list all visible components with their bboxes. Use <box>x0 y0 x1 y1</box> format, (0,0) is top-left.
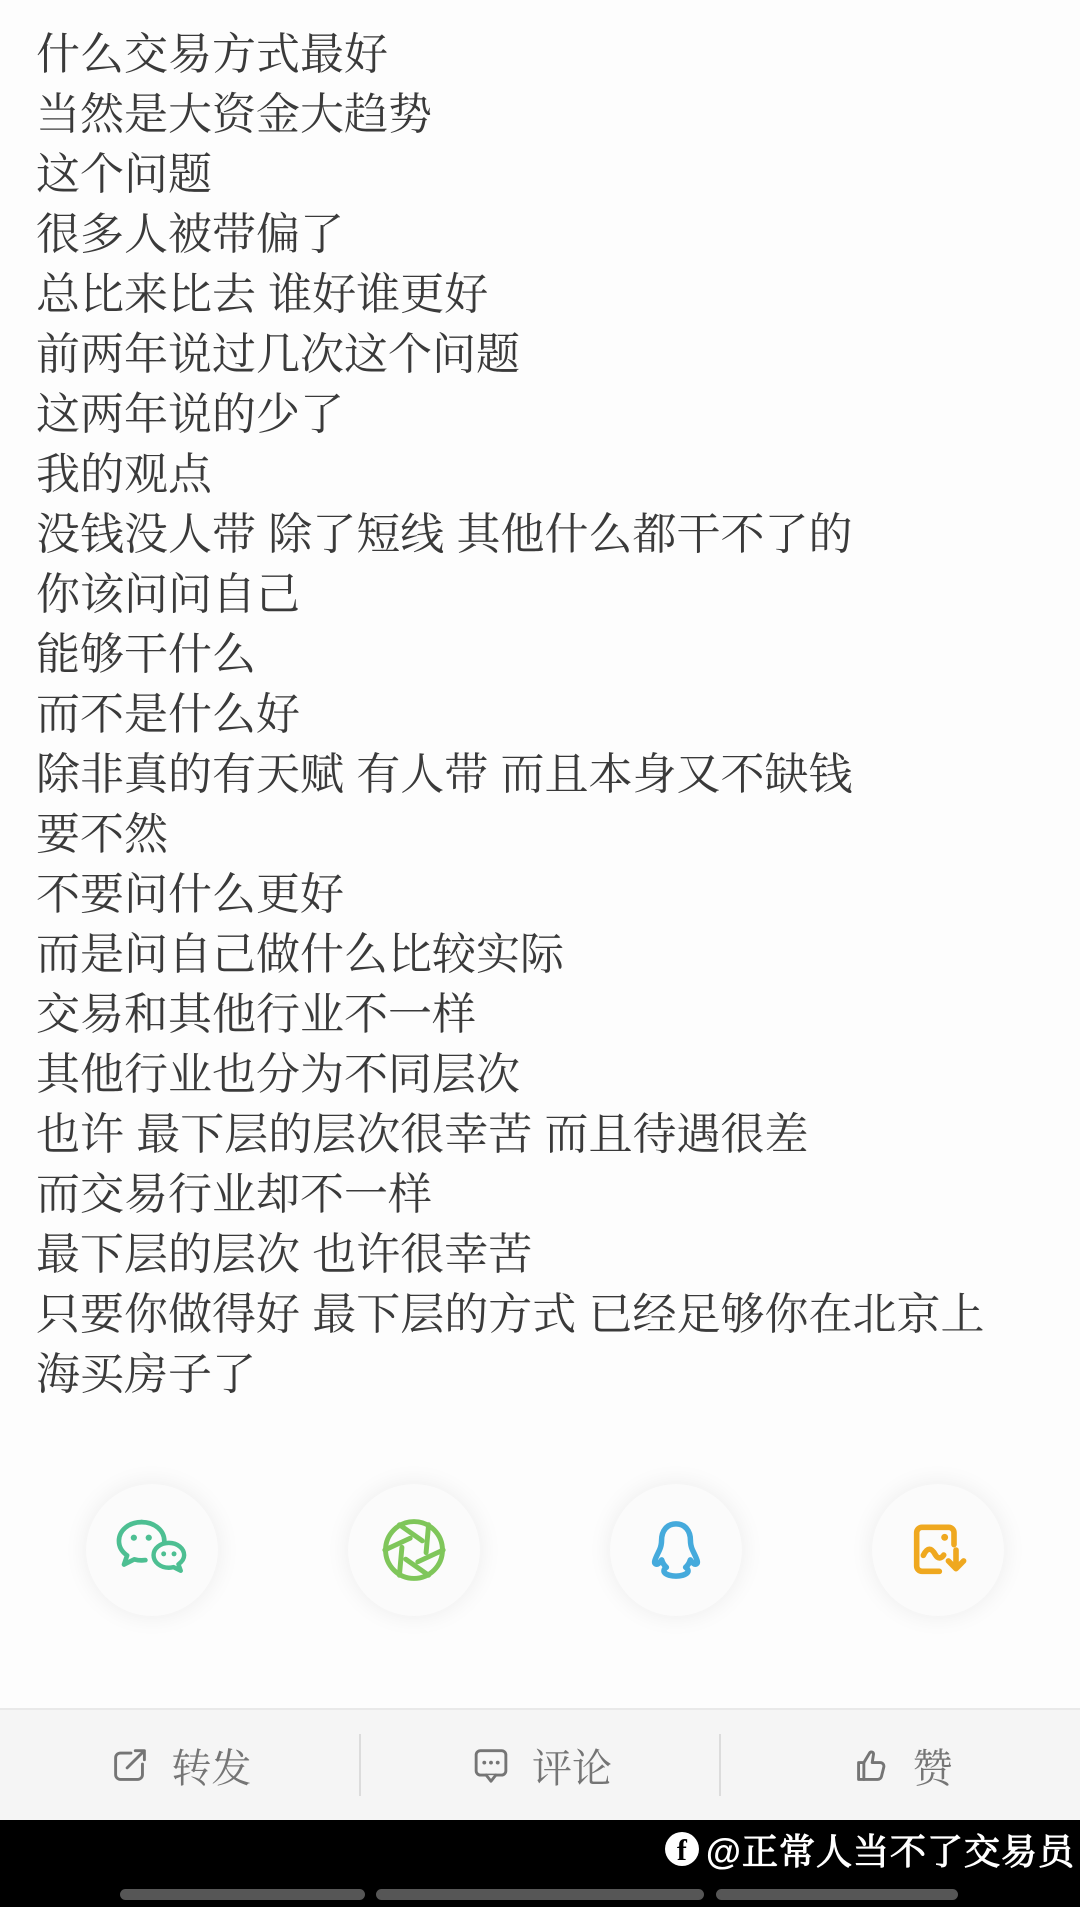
watermark-handle: @正常人当不了交易员 <box>706 1824 1075 1875</box>
share-sheet <box>0 1484 1080 1616</box>
carousel-dash <box>120 1889 365 1900</box>
footer-bar: f @正常人当不了交易员 <box>0 1820 1080 1907</box>
post-text-line: 海买房子了 <box>36 1345 1080 1405</box>
forward-label: 转发 <box>171 1737 251 1794</box>
like-icon <box>849 1742 895 1788</box>
carousel-dash <box>716 1889 958 1900</box>
comment-button[interactable]: 评论 <box>361 1710 720 1820</box>
forward-button[interactable]: 转发 <box>0 1710 359 1820</box>
post-text-line: 什么交易方式最好 <box>36 25 1080 85</box>
post-text-line: 我的观点 <box>36 445 1080 505</box>
share-wechat-moments-button[interactable] <box>348 1484 480 1616</box>
post-text-line: 不要问什么更好 <box>36 865 1080 925</box>
post-text-line: 而交易行业却不一样 <box>36 1165 1080 1225</box>
post-text-line: 很多人被带偏了 <box>36 205 1080 265</box>
post-text-line: 其他行业也分为不同层次 <box>36 1045 1080 1105</box>
watermark: f @正常人当不了交易员 <box>665 1826 1075 1872</box>
like-button[interactable]: 赞 <box>721 1710 1080 1820</box>
wechat-moments-icon <box>379 1515 449 1585</box>
comment-label: 评论 <box>532 1737 612 1794</box>
share-wechat-button[interactable] <box>86 1484 218 1616</box>
post-text-line: 前两年说过几次这个问题 <box>36 325 1080 385</box>
forward-icon <box>107 1742 153 1788</box>
post-text-line: 你该问问自己 <box>36 565 1080 625</box>
post-text-line: 而是问自己做什么比较实际 <box>36 925 1080 985</box>
qq-icon <box>643 1515 709 1585</box>
post-text-line: 当然是大资金大趋势 <box>36 85 1080 145</box>
post-text-line: 没钱没人带 除了短线 其他什么都干不了的 <box>36 505 1080 565</box>
carousel-dash <box>376 1889 704 1900</box>
post-text-line: 总比来比去 谁好谁更好 <box>36 265 1080 325</box>
post-text-line: 能够干什么 <box>36 625 1080 685</box>
post-text-line: 交易和其他行业不一样 <box>36 985 1080 1045</box>
post-text: 什么交易方式最好当然是大资金大趋势这个问题很多人被带偏了总比来比去 谁好谁更好前… <box>36 25 1080 1405</box>
post-text-line: 也许 最下层的层次很幸苦 而且待遇很差 <box>36 1105 1080 1165</box>
action-bar: 转发 评论 赞 <box>0 1708 1080 1820</box>
facebook-icon: f <box>665 1832 699 1866</box>
post-text-line: 除非真的有天赋 有人带 而且本身又不缺钱 <box>36 745 1080 805</box>
like-label: 赞 <box>913 1737 953 1794</box>
share-qq-button[interactable] <box>610 1484 742 1616</box>
post-text-line: 这个问题 <box>36 145 1080 205</box>
post-text-line: 只要你做得好 最下层的方式 已经足够你在北京上 <box>36 1285 1080 1345</box>
wechat-icon <box>113 1515 191 1585</box>
share-save-image-button[interactable] <box>872 1484 1004 1616</box>
post-text-line: 要不然 <box>36 805 1080 865</box>
post-text-line: 而不是什么好 <box>36 685 1080 745</box>
post-text-line: 这两年说的少了 <box>36 385 1080 445</box>
comment-icon <box>468 1742 514 1788</box>
post-text-line: 最下层的层次 也许很幸苦 <box>36 1225 1080 1285</box>
save-image-icon <box>906 1518 970 1582</box>
